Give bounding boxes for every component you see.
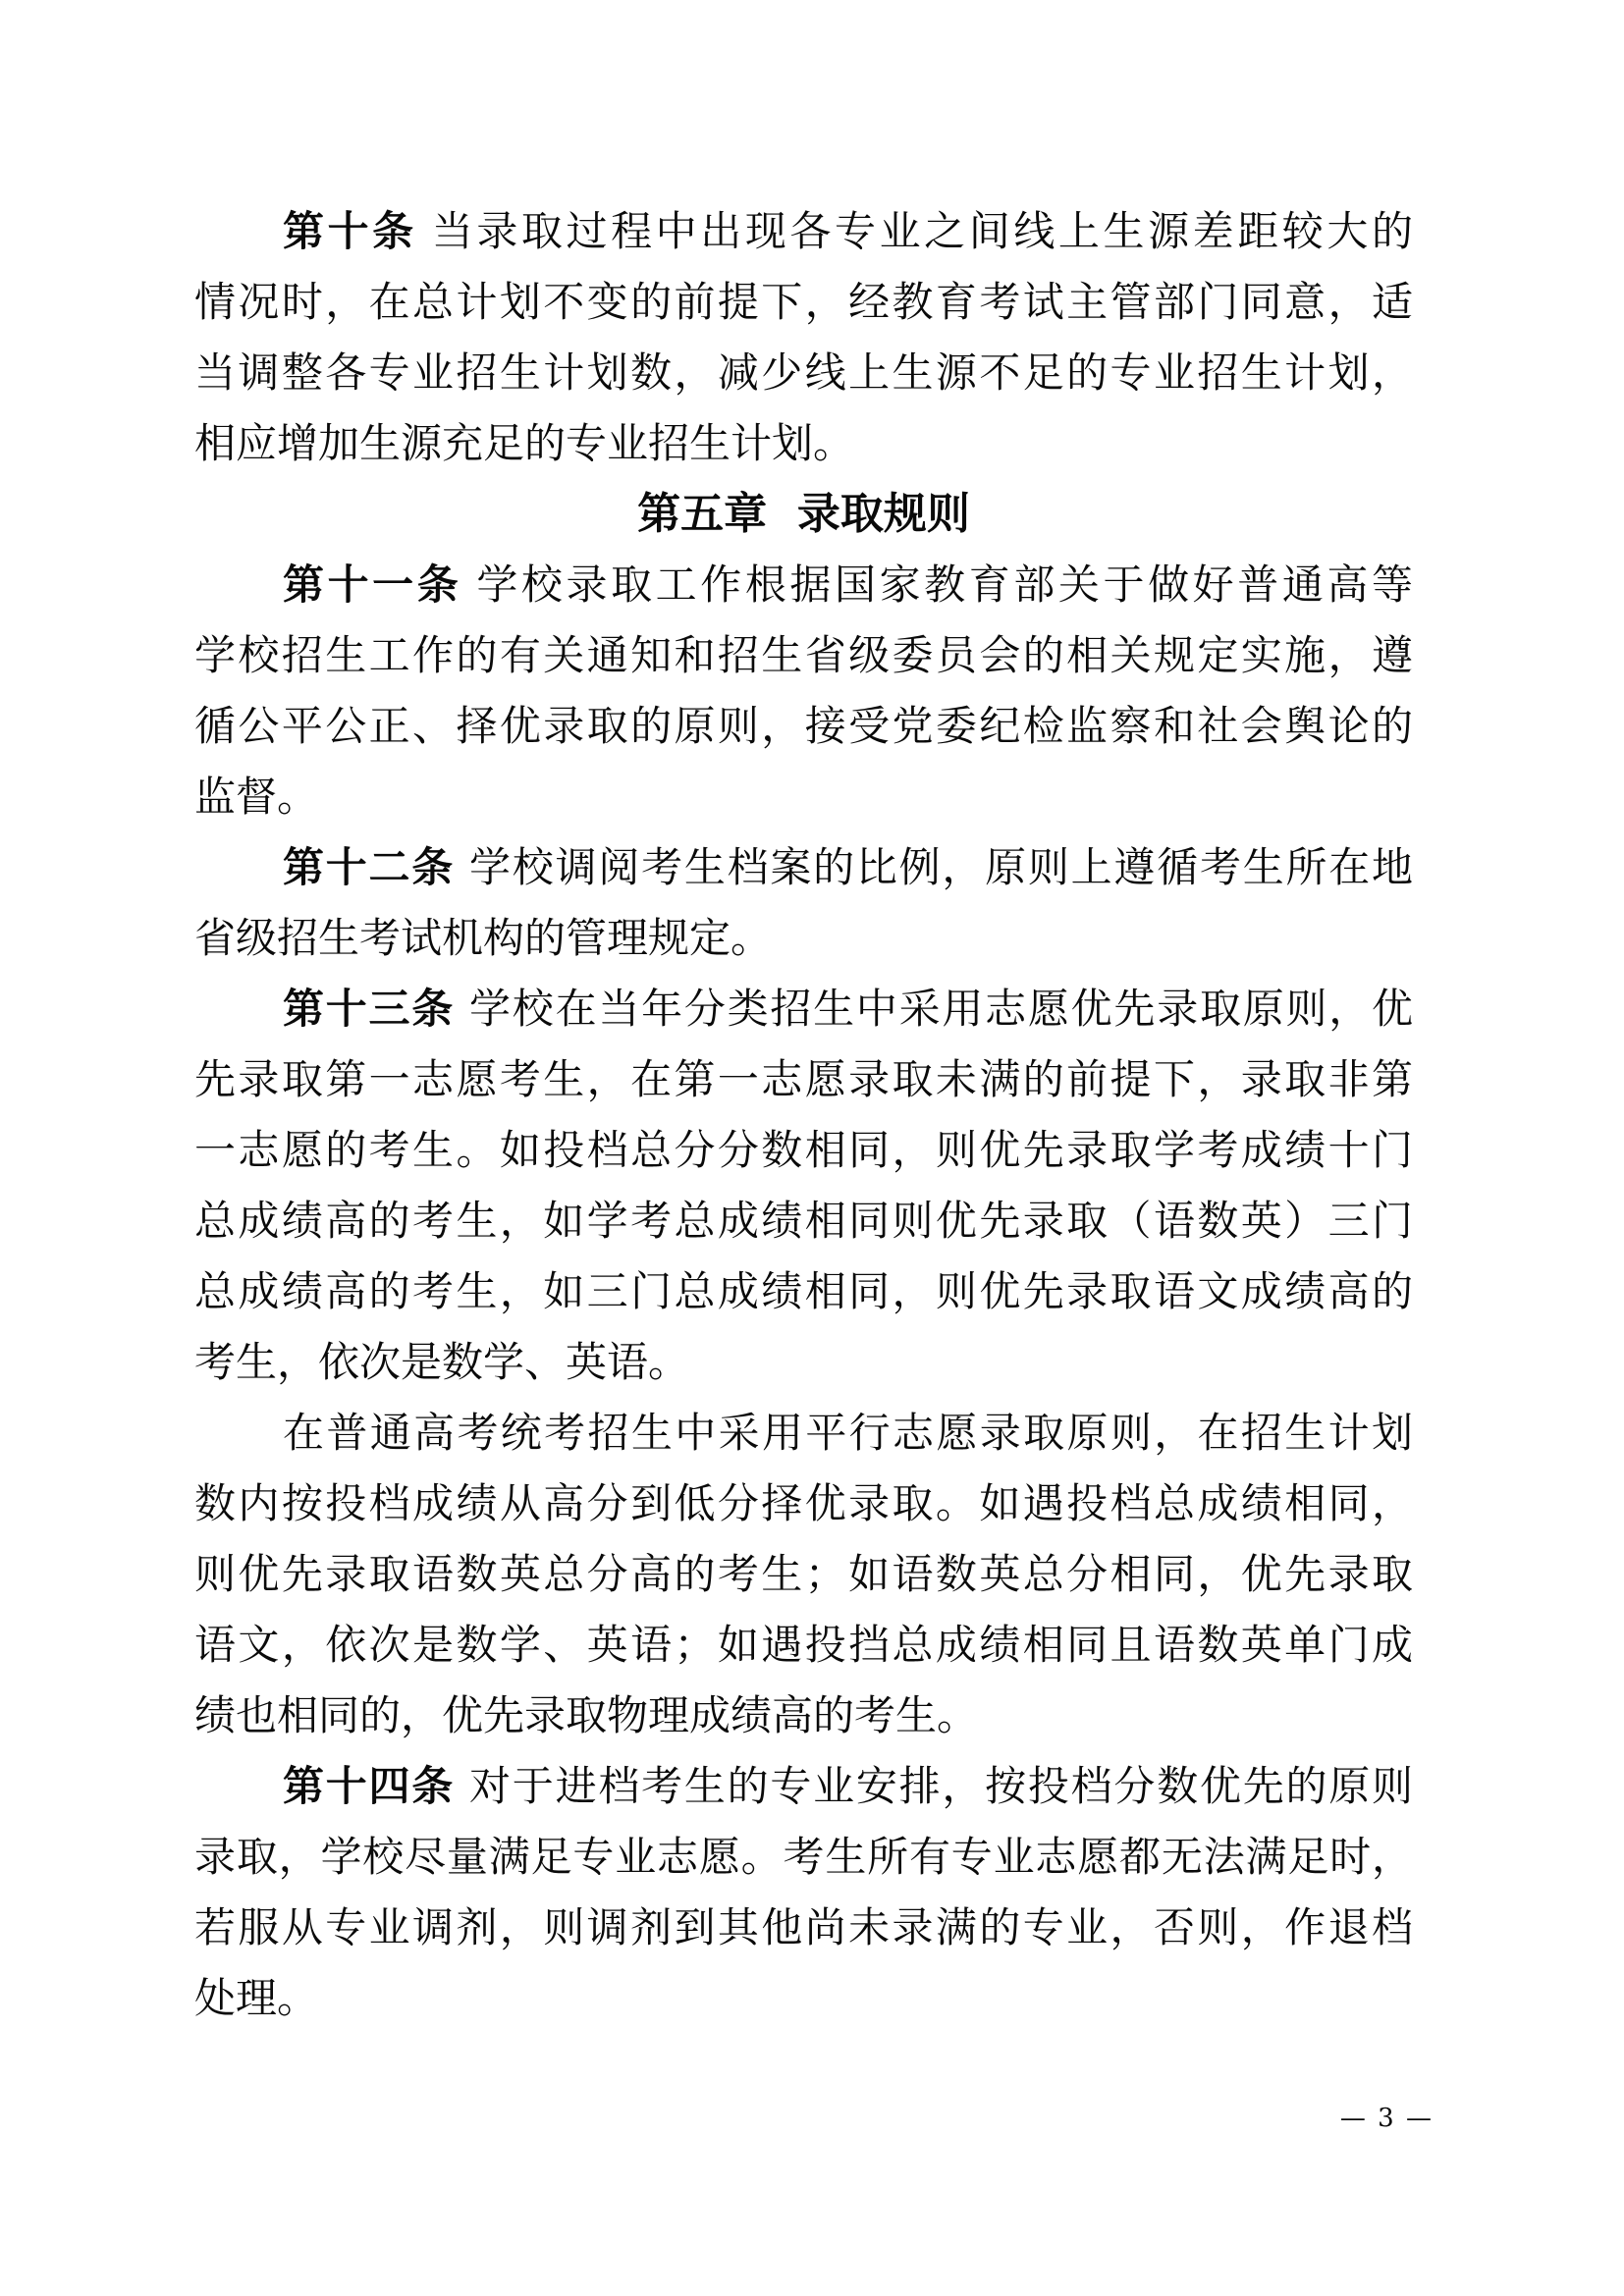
document-body: 第十条当录取过程中出现各专业之间线上生源差距较大的 情况时，在总计划不变的前提下… xyxy=(194,196,1413,2034)
article-12-paragraph: 第十二条学校调阅考生档案的比例，原则上遵循考生所在地 省级招生考试机构的管理规定… xyxy=(194,832,1413,974)
article-14-label: 第十四条 xyxy=(283,1762,455,1810)
text-line: 第十四条对于进档考生的专业安排，按投档分数优先的原则 xyxy=(194,1751,1413,1822)
article-13-label: 第十三条 xyxy=(283,985,455,1033)
text-line: 循公平公正、择优录取的原则，接受党委纪检监察和社会舆论的 xyxy=(194,691,1413,762)
article-11-label: 第十一条 xyxy=(283,561,461,609)
article-10-paragraph: 第十条当录取过程中出现各专业之间线上生源差距较大的 情况时，在总计划不变的前提下… xyxy=(194,196,1413,479)
text-line: 绩也相同的，优先录取物理成绩高的考生。 xyxy=(194,1681,1413,1751)
text-line: 第十一条学校录取工作根据国家教育部关于做好普通高等 xyxy=(194,550,1413,620)
text-line: 则优先录取语数英总分高的考生；如语数英总分相同，优先录取 xyxy=(194,1539,1413,1610)
text-line: 数内按投档成绩从高分到低分择优录取。如遇投档总成绩相同， xyxy=(194,1468,1413,1539)
text-line: 第十条当录取过程中出现各专业之间线上生源差距较大的 xyxy=(194,196,1413,267)
text-run: 学校录取工作根据国家教育部关于做好普通高等 xyxy=(476,561,1413,609)
text-line: 当调整各专业招生计划数，减少线上生源不足的专业招生计划， xyxy=(194,338,1413,408)
article-13-paragraph: 第十三条学校在当年分类招生中采用志愿优先录取原则，优 先录取第一志愿考生，在第一… xyxy=(194,974,1413,1398)
text-line: 录取，学校尽量满足专业志愿。考生所有专业志愿都无法满足时， xyxy=(194,1822,1413,1893)
text-run: 学校在当年分类招生中采用志愿优先录取原则，优 xyxy=(469,985,1413,1033)
text-line: 第十三条学校在当年分类招生中采用志愿优先录取原则，优 xyxy=(194,974,1413,1044)
text-line: 若服从专业调剂，则调剂到其他尚未录满的专业，否则，作退档 xyxy=(194,1893,1413,1963)
article-11-paragraph: 第十一条学校录取工作根据国家教育部关于做好普通高等 学校招生工作的有关通知和招生… xyxy=(194,550,1413,832)
chapter-5-heading: 第五章 录取规则 xyxy=(194,479,1413,550)
text-run: 学校调阅考生档案的比例，原则上遵循考生所在地 xyxy=(469,843,1413,891)
article-10-label: 第十条 xyxy=(283,207,417,255)
document-page: 第十条当录取过程中出现各专业之间线上生源差距较大的 情况时，在总计划不变的前提下… xyxy=(0,0,1624,2296)
article-14-paragraph: 第十四条对于进档考生的专业安排，按投档分数优先的原则 录取，学校尽量满足专业志愿… xyxy=(194,1751,1413,2034)
text-line: 在普通高考统考招生中采用平行志愿录取原则，在招生计划 xyxy=(194,1398,1413,1468)
text-run: 当录取过程中出现各专业之间线上生源差距较大的 xyxy=(432,207,1413,255)
text-line: 相应增加生源充足的专业招生计划。 xyxy=(194,408,1413,479)
article-13-continuation-paragraph: 在普通高考统考招生中采用平行志愿录取原则，在招生计划 数内按投档成绩从高分到低分… xyxy=(194,1398,1413,1751)
text-line: 总成绩高的考生，如学考总成绩相同则优先录取（语数英）三门 xyxy=(194,1186,1413,1256)
text-line: 情况时，在总计划不变的前提下，经教育考试主管部门同意，适 xyxy=(194,267,1413,338)
text-line: 语文，依次是数学、英语；如遇投挡总成绩相同且语数英单门成 xyxy=(194,1610,1413,1681)
text-line: 监督。 xyxy=(194,762,1413,832)
text-line: 先录取第一志愿考生，在第一志愿录取未满的前提下，录取非第 xyxy=(194,1044,1413,1115)
text-line: 省级招生考试机构的管理规定。 xyxy=(194,903,1413,974)
text-line: 总成绩高的考生，如三门总成绩相同，则优先录取语文成绩高的 xyxy=(194,1256,1413,1327)
text-line: 处理。 xyxy=(194,1963,1413,2034)
text-line: 第十二条学校调阅考生档案的比例，原则上遵循考生所在地 xyxy=(194,832,1413,903)
text-run: 对于进档考生的专业安排，按投档分数优先的原则 xyxy=(469,1762,1413,1810)
text-line: 一志愿的考生。如投档总分分数相同，则优先录取学考成绩十门 xyxy=(194,1115,1413,1186)
page-number: — 3 — xyxy=(1340,2101,1434,2136)
article-12-label: 第十二条 xyxy=(283,843,455,891)
text-line: 考生，依次是数学、英语。 xyxy=(194,1327,1413,1398)
text-line: 学校招生工作的有关通知和招生省级委员会的相关规定实施，遵 xyxy=(194,620,1413,691)
